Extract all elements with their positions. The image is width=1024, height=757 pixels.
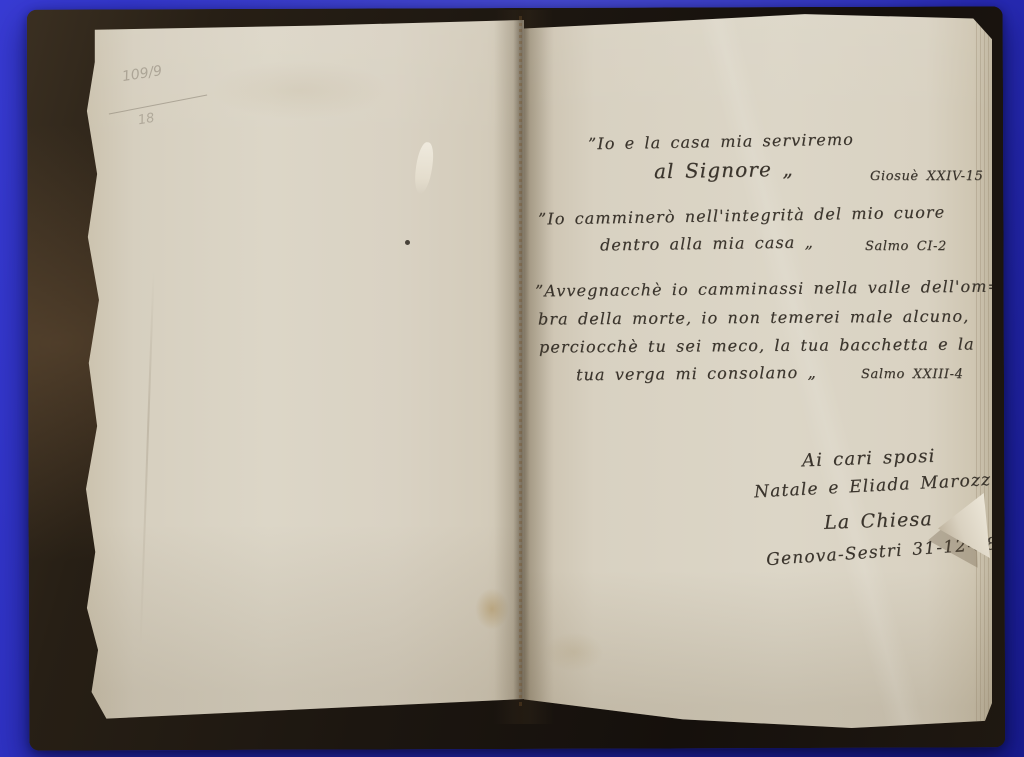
- page-edge-stack: [976, 22, 992, 724]
- quote-line: ”Avvegnacchè io camminassi nella valle d…: [535, 277, 1002, 301]
- quote-line: bra della morte, io non temerei male alc…: [538, 306, 969, 328]
- scripture-reference: Giosuè XXIV-15: [870, 169, 983, 184]
- pencil-underline: [109, 94, 207, 114]
- quote-line: al Signore „: [654, 157, 794, 183]
- dedication-line: Ai cari sposi: [802, 446, 936, 472]
- left-blank-page: 109/9 18: [60, 20, 524, 720]
- dedication-line: Natale e Eliada Marozzi: [754, 470, 999, 503]
- quote-line: dentro alla mia casa „: [600, 233, 814, 255]
- page-crease: [139, 270, 154, 650]
- pencil-note-line2: 18: [137, 111, 156, 129]
- scripture-reference: Salmo CI-2: [865, 239, 947, 254]
- right-dedication-page: ”Io e la casa mia serviremo al Signore „…: [524, 12, 992, 728]
- photo-blue-fabric-background: 109/9 18 ”Io e la casa mia serviremo al …: [0, 0, 1024, 757]
- quote-line: ”Io camminerò nell'integrità del mio cuo…: [538, 202, 946, 228]
- dedication-line: La Chiesa: [824, 508, 934, 534]
- paper-scuff-mark: [412, 141, 435, 195]
- gutter-crease-line: [519, 16, 522, 706]
- ink-speck: [405, 240, 410, 245]
- scripture-reference: Salmo XXIII-4: [861, 367, 963, 382]
- quote-line: perciocchè tu sei meco, la tua bacchetta…: [539, 334, 975, 356]
- page-stain: [210, 60, 390, 120]
- quote-line: ”Io e la casa mia serviremo: [588, 130, 854, 154]
- pencil-note-line1: 109/9: [121, 63, 163, 85]
- quote-line: tua verga mi consolano „: [576, 363, 817, 385]
- book-gutter-shadow: [494, 10, 554, 724]
